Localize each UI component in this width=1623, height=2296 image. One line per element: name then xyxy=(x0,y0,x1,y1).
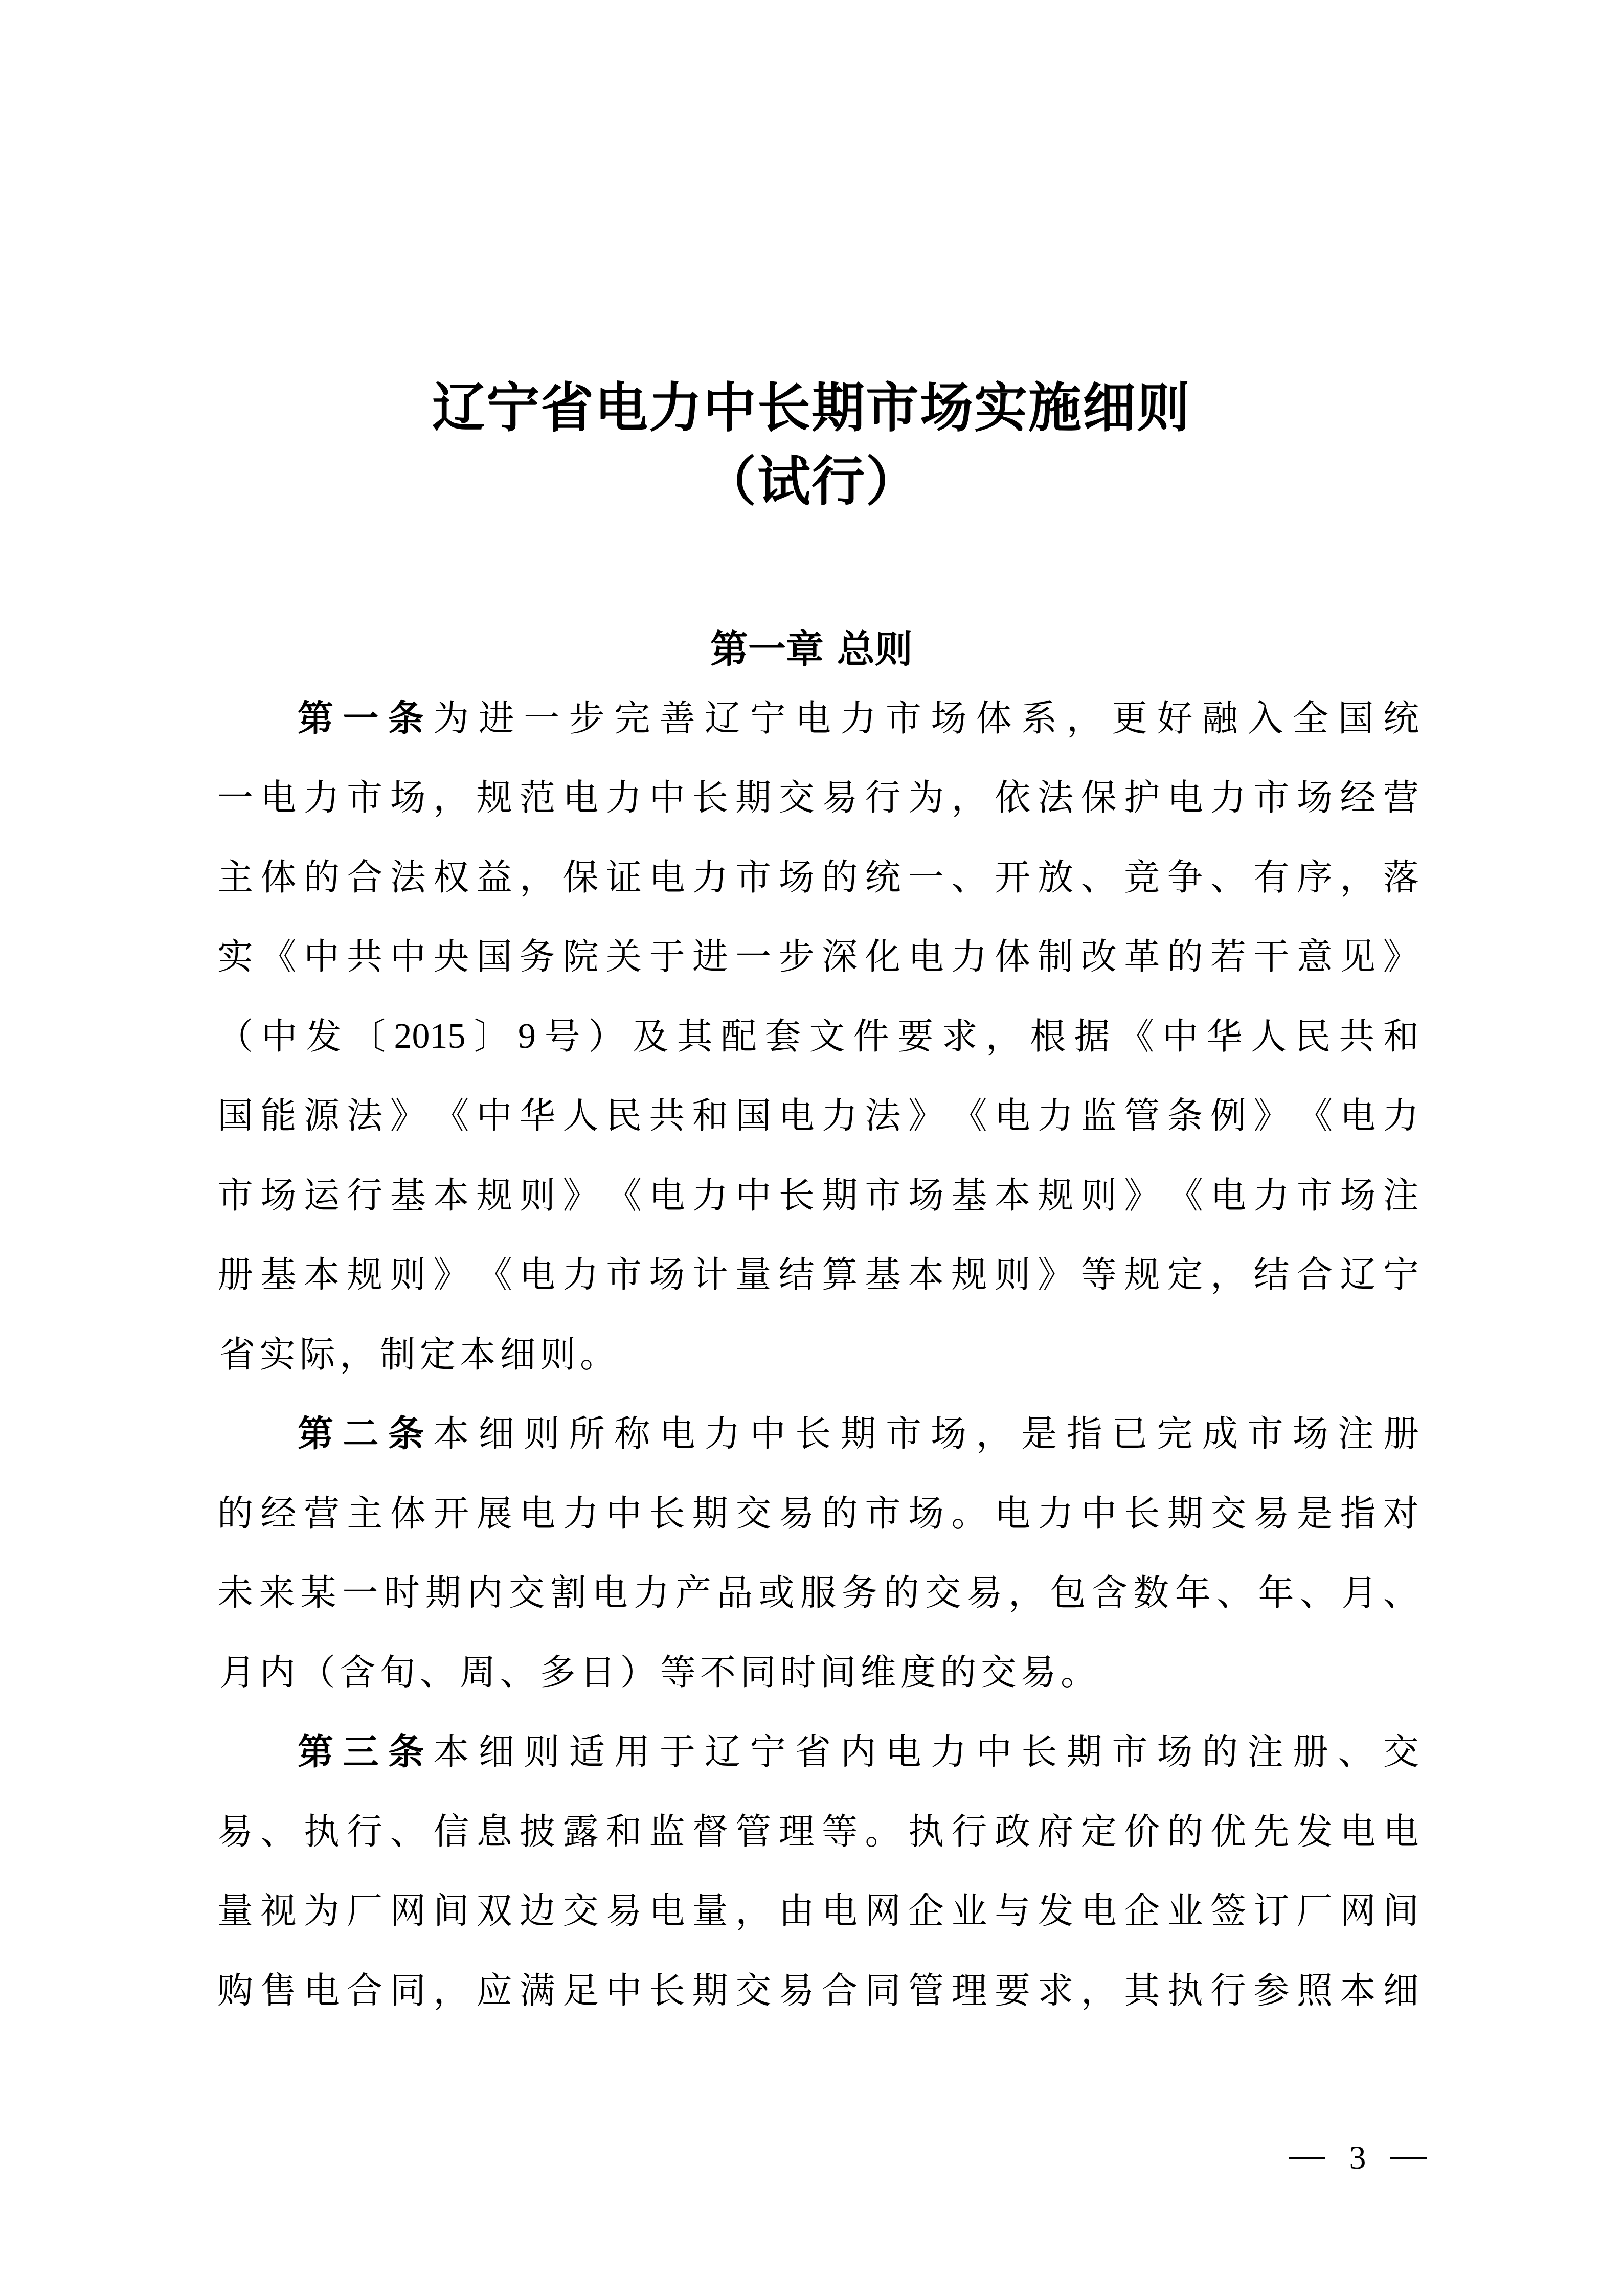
text-char: 力 xyxy=(1038,1485,1073,1542)
text-char: 交 xyxy=(1210,1485,1246,1542)
text-char: 依 xyxy=(995,770,1030,826)
text-char: 为 xyxy=(433,690,469,747)
text-char: 共 xyxy=(347,929,382,985)
article-label-char: 三 xyxy=(343,1724,378,1780)
text-char: 法 xyxy=(347,1088,382,1144)
text-char: 的 xyxy=(938,1645,978,1701)
text-char: 场 xyxy=(931,1406,966,1462)
text-char: 易 xyxy=(779,1963,815,2019)
text-char: 应 xyxy=(477,1963,512,2019)
text-char: 力 xyxy=(692,849,728,906)
text-char: 期 xyxy=(1067,1724,1102,1780)
text-char: 同 xyxy=(865,1963,901,2019)
text-char: 共 xyxy=(649,1088,685,1144)
text-char: 本 xyxy=(433,1167,469,1224)
text-char: 适 xyxy=(569,1724,605,1780)
text-char: 和 xyxy=(692,1088,728,1144)
text-char: ， xyxy=(433,770,469,826)
text-char: 宁 xyxy=(750,1724,786,1780)
text-char: 场 xyxy=(1297,770,1333,826)
text-char: 等 xyxy=(822,1804,858,1860)
text-char: 根 xyxy=(1030,1008,1066,1065)
article-label-char: 条 xyxy=(388,1406,424,1462)
document-subtitle: （试行） xyxy=(0,446,1623,517)
text-char: 交 xyxy=(735,1963,771,2019)
text-char: 际 xyxy=(298,1326,337,1383)
text-char: 共 xyxy=(1339,1008,1375,1065)
text-char: 》 xyxy=(563,1167,599,1224)
text-char: 权 xyxy=(433,849,469,906)
text-char: 务 xyxy=(520,929,555,985)
text-char: 的 xyxy=(304,849,340,906)
text-char: 电 xyxy=(1081,1883,1117,1939)
text-char: 称 xyxy=(614,1406,650,1462)
body-text-line: 一电力市场，规范电力中长期交易行为，依法保护电力市场经营一电力市场，规范电力中长… xyxy=(217,770,1419,826)
text-char: 和 xyxy=(606,1804,642,1860)
text-char: 市 xyxy=(217,1167,253,1224)
dash-left xyxy=(1289,2157,1325,2159)
text-char: 革 xyxy=(1124,929,1160,985)
text-char: 规 xyxy=(951,1247,987,1303)
text-char: 与 xyxy=(995,1883,1030,1939)
body-text-line: 未来某一时期内交割电力产品或服务的交易，包含数年、年、月、未来某一时期内交割电力… xyxy=(217,1565,1419,1621)
text-char: 发 xyxy=(306,1008,342,1065)
text-char: 间 xyxy=(818,1645,858,1701)
text-char: 市 xyxy=(1297,1167,1333,1224)
text-char: 中 xyxy=(976,1724,1012,1780)
page-number: 3 xyxy=(1289,2137,1427,2178)
text-char: 内 xyxy=(840,1724,876,1780)
text-char: 电 xyxy=(795,690,831,747)
text-char: 长 xyxy=(649,1963,685,2019)
text-char: 期 xyxy=(1167,1485,1203,1542)
text-char: 电 xyxy=(908,929,944,985)
text-char: 基 xyxy=(390,1167,426,1224)
text-char: ， xyxy=(951,770,987,826)
text-char: 则 xyxy=(538,1326,578,1383)
text-char: 内 xyxy=(467,1565,503,1621)
text-char: 企 xyxy=(908,1883,944,1939)
article-first-line: 第一条第一条 为进一步完善辽宁电力市场体系，更好融入全国统为进一步完善辽宁电力市… xyxy=(298,690,1419,747)
text-char: 《 xyxy=(433,1088,469,1144)
text-char: 算 xyxy=(822,1247,858,1303)
text-char: 视 xyxy=(260,1883,296,1939)
text-char: 期 xyxy=(692,1963,728,2019)
text-char: 务 xyxy=(842,1565,877,1621)
text-char: 的 xyxy=(822,849,858,906)
text-char: 电 xyxy=(260,770,296,826)
text-char: 开 xyxy=(995,849,1030,906)
text-char: 不 xyxy=(698,1645,738,1701)
text-char: 的 xyxy=(1167,1804,1203,1860)
text-char: 一 xyxy=(342,1565,378,1621)
text-char: 好 xyxy=(1157,690,1193,747)
text-char: ， xyxy=(1008,1565,1044,1621)
text-char: 则 xyxy=(390,1247,426,1303)
text-char: 央 xyxy=(433,929,469,985)
text-char: 对 xyxy=(1383,1485,1419,1542)
body-text-line: 省实际，制定本细则。省实际，制定本细则。 xyxy=(217,1326,1419,1383)
text-char: 指 xyxy=(1340,1485,1376,1542)
text-char: 行 xyxy=(347,1167,382,1224)
text-char: 省 xyxy=(217,1326,257,1383)
text-char: 9 xyxy=(518,1008,536,1065)
text-char: 力 xyxy=(840,690,876,747)
text-char: 市 xyxy=(886,1406,921,1462)
text-char: 则 xyxy=(1081,1167,1117,1224)
body-text-line: 实《中共中央国务院关于进一步深化电力体制改革的若干意见》实《中共中央国务院关于进… xyxy=(217,929,1419,985)
article-label-char: 第 xyxy=(298,690,333,747)
text-char: 人 xyxy=(563,1088,599,1144)
text-char: 力 xyxy=(634,1565,669,1621)
text-char: 国 xyxy=(217,1088,253,1144)
text-char: 本 xyxy=(433,1724,469,1780)
text-char: 中 xyxy=(304,929,340,985)
text-char: 易 xyxy=(967,1565,1003,1621)
text-char: 用 xyxy=(614,1724,650,1780)
text-char: 量 xyxy=(735,1247,771,1303)
text-char: 营 xyxy=(304,1485,340,1542)
text-char: 中 xyxy=(477,1088,512,1144)
text-char: 、 xyxy=(951,849,987,906)
text-char: 府 xyxy=(1038,1804,1073,1860)
text-char: 《 xyxy=(951,1088,987,1144)
text-char: 人 xyxy=(1251,1008,1287,1065)
text-char: 制 xyxy=(377,1326,417,1383)
text-char: 、 xyxy=(1338,1724,1373,1780)
text-char: 电 xyxy=(779,1088,815,1144)
text-char: 信 xyxy=(433,1804,469,1860)
text-char: 未 xyxy=(217,1565,253,1621)
article-label-char: 第 xyxy=(298,1724,333,1780)
text-char: 合 xyxy=(1297,1247,1333,1303)
text-char: 签 xyxy=(1210,1883,1246,1939)
text-char: 月 xyxy=(217,1645,257,1701)
text-char: 由 xyxy=(779,1883,815,1939)
text-char: 场 xyxy=(1293,1406,1328,1462)
text-char: 要 xyxy=(897,1008,933,1065)
text-char: 开 xyxy=(433,1485,469,1542)
text-char: （ xyxy=(217,1008,253,1065)
text-char: 交 xyxy=(779,770,815,826)
text-char: 易 xyxy=(1019,1645,1058,1701)
text-char: 内 xyxy=(257,1645,297,1701)
body-text-line: 国能源法》《中华人民共和国电力法》《电力监管条例》《电力国能源法》《中华人民共和… xyxy=(217,1088,1419,1144)
article-label-char: 条 xyxy=(388,690,424,747)
text-char: 本 xyxy=(458,1326,498,1383)
text-char: 合 xyxy=(347,1963,382,2019)
text-char: 产 xyxy=(675,1565,711,1621)
text-char: 力 xyxy=(1383,1088,1419,1144)
text-char: 发 xyxy=(1297,1804,1333,1860)
text-char: 力 xyxy=(563,1485,599,1542)
text-char: 统 xyxy=(1383,690,1419,747)
text-char: 易 xyxy=(822,770,858,826)
text-char: 管 xyxy=(1124,1088,1160,1144)
text-char: 、 xyxy=(1300,1565,1336,1621)
text-char: 进 xyxy=(692,929,728,985)
text-char: 电 xyxy=(649,1883,685,1939)
text-char: 场 xyxy=(649,1247,685,1303)
text-char: 》 xyxy=(390,1088,426,1144)
text-char: 电 xyxy=(304,1963,340,2019)
article-label-char: 条 xyxy=(388,1724,424,1780)
text-char: 间 xyxy=(1383,1883,1419,1939)
text-char: （ xyxy=(298,1645,337,1701)
text-char: 电 xyxy=(1210,1167,1246,1224)
text-char: 电 xyxy=(563,770,599,826)
text-char: 规 xyxy=(1124,1247,1160,1303)
text-char: 主 xyxy=(217,849,253,906)
text-char: 护 xyxy=(1124,770,1160,826)
text-char: 年 xyxy=(1175,1565,1211,1621)
text-char: 能 xyxy=(260,1088,296,1144)
text-char: 基 xyxy=(260,1247,296,1303)
text-char: 先 xyxy=(1254,1804,1290,1860)
text-char: 含 xyxy=(337,1645,377,1701)
text-char: ） xyxy=(618,1645,658,1701)
body-text-line: 购售电合同，应满足中长期交易合同管理要求，其执行参照本细购售电合同，应满足中长期… xyxy=(217,1963,1419,2019)
text-char: 辽 xyxy=(705,690,740,747)
text-char: 见 xyxy=(1340,929,1376,985)
text-char: 是 xyxy=(1297,1485,1333,1542)
body-text-line: 主体的合法权益，保证电力市场的统一、开放、竞争、有序，落主体的合法权益，保证电力… xyxy=(217,849,1419,906)
text-char: 改 xyxy=(1081,929,1117,985)
text-char: 行 xyxy=(1210,1963,1246,2019)
text-char: 注 xyxy=(1248,1724,1283,1780)
text-char: 含 xyxy=(1092,1565,1128,1621)
text-char: 经 xyxy=(1340,770,1376,826)
text-char: 量 xyxy=(692,1883,728,1939)
text-char: 执 xyxy=(908,1804,944,1860)
text-char: 文 xyxy=(809,1008,845,1065)
text-char: 系 xyxy=(1021,690,1057,747)
text-char: 宁 xyxy=(750,690,786,747)
text-char: 本 xyxy=(995,1167,1030,1224)
text-char: ， xyxy=(1081,1963,1117,2019)
text-char: 监 xyxy=(649,1804,685,1860)
text-char: 市 xyxy=(1112,1724,1147,1780)
body-text-line: 易、执行、信息披露和监督管理等。执行政府定价的优先发电电易、执行、信息披露和监督… xyxy=(217,1804,1419,1860)
text-char: 电 xyxy=(1383,1804,1419,1860)
text-char: 合 xyxy=(347,849,382,906)
text-char: 《 xyxy=(1297,1088,1333,1144)
text-char: 维 xyxy=(858,1645,898,1701)
text-char: 关 xyxy=(606,929,642,985)
text-char: 来 xyxy=(259,1565,295,1621)
text-char: 企 xyxy=(1124,1883,1160,1939)
text-char: 交 xyxy=(735,1485,771,1542)
text-char: 所 xyxy=(569,1406,605,1462)
text-char: 则 xyxy=(524,1724,559,1780)
text-char: 及 xyxy=(633,1008,668,1065)
text-char: 市 xyxy=(735,849,771,906)
text-char: 细 xyxy=(1383,1963,1419,2019)
text-char: 业 xyxy=(1167,1883,1203,1939)
text-char: 基 xyxy=(951,1167,987,1224)
text-char: 益 xyxy=(477,849,512,906)
text-char: 注 xyxy=(1383,1167,1419,1224)
text-char: 场 xyxy=(779,849,815,906)
text-char: 场 xyxy=(390,770,426,826)
dash-right xyxy=(1390,2157,1427,2159)
text-char: 电 xyxy=(660,1406,695,1462)
text-char: 同 xyxy=(738,1645,778,1701)
article-label-char: 二 xyxy=(343,1406,378,1462)
text-char: 证 xyxy=(606,849,642,906)
text-char: 交 xyxy=(925,1565,961,1621)
text-char: 市 xyxy=(865,1485,901,1542)
text-char: 市 xyxy=(1248,1406,1283,1462)
text-char: 深 xyxy=(822,929,858,985)
text-char: 规 xyxy=(347,1247,382,1303)
text-char: ， xyxy=(735,1883,771,1939)
text-char: 同 xyxy=(390,1963,426,2019)
text-char: 市 xyxy=(606,1247,642,1303)
text-char: 体 xyxy=(390,1485,426,1542)
text-char: 条 xyxy=(1167,1088,1203,1144)
text-char: 交 xyxy=(978,1645,1018,1701)
article-first-line: 第二条第二条 本细则所称电力中长期市场，是指已完成市场注册本细则所称电力中长期市… xyxy=(298,1406,1419,1462)
text-char: ， xyxy=(1210,1247,1246,1303)
text-char: 期 xyxy=(735,770,771,826)
text-char: 行 xyxy=(865,770,901,826)
text-char: 国 xyxy=(735,1088,771,1144)
text-char: 、 xyxy=(418,1645,458,1701)
text-char: 长 xyxy=(1021,1724,1057,1780)
text-char: 理 xyxy=(951,1963,987,2019)
text-char: 华 xyxy=(520,1088,555,1144)
text-char: 力 xyxy=(822,1088,858,1144)
text-char: 监 xyxy=(1081,1088,1117,1144)
text-char: ） xyxy=(589,1008,624,1065)
text-char: 制 xyxy=(1038,929,1073,985)
text-char: 执 xyxy=(1167,1963,1203,2019)
text-char: 网 xyxy=(1340,1883,1376,1939)
text-char: 中 xyxy=(606,1485,642,1542)
text-char: 多 xyxy=(538,1645,578,1701)
article-label-char: 一 xyxy=(343,690,378,747)
text-char: 满 xyxy=(520,1963,555,2019)
text-char: 《 xyxy=(1118,1008,1154,1065)
text-char: 步 xyxy=(569,690,605,747)
text-char: 边 xyxy=(520,1883,555,1939)
text-char: 规 xyxy=(477,770,512,826)
text-char: 、 xyxy=(1383,1565,1419,1621)
text-char: 细 xyxy=(498,1326,537,1383)
text-char: 场 xyxy=(1157,1724,1193,1780)
text-char: 册 xyxy=(217,1247,253,1303)
text-char: 》 xyxy=(908,1088,944,1144)
text-char: 。 xyxy=(865,1804,901,1860)
text-char: 力 xyxy=(1210,770,1246,826)
text-char: 国 xyxy=(477,929,512,985)
text-char: 照 xyxy=(1297,1963,1333,2019)
text-char: 息 xyxy=(477,1804,512,1860)
text-char: 等 xyxy=(1081,1247,1117,1303)
text-char: 力 xyxy=(1038,1088,1073,1144)
article-label-char: 第 xyxy=(298,1406,333,1462)
text-char: 《 xyxy=(606,1167,642,1224)
document-title: 辽宁省电力中长期市场实施细则 xyxy=(0,372,1623,444)
text-char: 宁 xyxy=(1383,1247,1419,1303)
text-char: 力 xyxy=(931,1724,966,1780)
text-char: 合 xyxy=(822,1963,858,2019)
text-char: 中 xyxy=(390,929,426,985)
text-char: 展 xyxy=(477,1485,512,1542)
text-char: 力 xyxy=(705,1406,740,1462)
text-char: 交 xyxy=(563,1883,599,1939)
text-char: 本 xyxy=(433,1406,469,1462)
text-char: 中 xyxy=(750,1406,786,1462)
text-char: 厂 xyxy=(1297,1883,1333,1939)
body-text-line: 月内（含旬、周、多日）等不同时间维度的交易。月内（含旬、周、多日）等不同时间维度… xyxy=(217,1645,1419,1701)
text-char: 全 xyxy=(1293,690,1328,747)
text-char: 则 xyxy=(995,1247,1030,1303)
text-char: 。 xyxy=(951,1485,987,1542)
text-char: 易 xyxy=(606,1883,642,1939)
text-char: 实 xyxy=(217,929,253,985)
text-char: 中 xyxy=(606,1963,642,2019)
text-char: 业 xyxy=(951,1883,987,1939)
text-char: 等 xyxy=(658,1645,698,1701)
text-char: 配 xyxy=(721,1008,757,1065)
text-char: 年 xyxy=(1258,1565,1294,1621)
text-char: 管 xyxy=(735,1804,771,1860)
text-char: 厂 xyxy=(347,1883,382,1939)
body-text-line: 市场运行基本规则》《电力中长期市场基本规则》《电力市场注市场运行基本规则》《电力… xyxy=(217,1167,1419,1224)
text-char: 力 xyxy=(563,1247,599,1303)
text-char: 市 xyxy=(347,770,382,826)
text-char: 细 xyxy=(479,1724,514,1780)
text-char: 的 xyxy=(1167,929,1203,985)
text-char: 》 xyxy=(1038,1247,1073,1303)
text-char: 发 xyxy=(1038,1883,1073,1939)
text-char: 易 xyxy=(217,1804,253,1860)
text-char: ， xyxy=(1340,849,1376,906)
text-char: 法 xyxy=(865,1088,901,1144)
text-char: 包 xyxy=(1050,1565,1086,1621)
text-char: 网 xyxy=(865,1883,901,1939)
text-char: 足 xyxy=(563,1963,599,2019)
text-char: 细 xyxy=(479,1406,514,1462)
text-char: 成 xyxy=(1202,1406,1238,1462)
text-char: 易 xyxy=(1254,1485,1290,1542)
text-char: 国 xyxy=(1338,690,1373,747)
text-char: 期 xyxy=(692,1485,728,1542)
text-char: 电 xyxy=(995,1485,1030,1542)
text-char: 指 xyxy=(1067,1406,1102,1462)
text-char: ， xyxy=(1067,690,1102,747)
text-char: 的 xyxy=(1202,1724,1238,1780)
text-char: 册 xyxy=(1383,1406,1419,1462)
text-char: 其 xyxy=(1124,1963,1160,2019)
text-char: 。 xyxy=(578,1326,618,1383)
text-char: 则 xyxy=(520,1167,555,1224)
text-char: 购 xyxy=(217,1963,253,2019)
text-char: 求 xyxy=(1038,1963,1073,2019)
text-char: 化 xyxy=(865,929,901,985)
text-char: 结 xyxy=(779,1247,815,1303)
document-page: 辽宁省电力中长期市场实施细则 （试行） 第一章 总则 第一条第一条 为进一步完善… xyxy=(0,0,1623,2296)
text-char: 套 xyxy=(765,1008,801,1065)
text-char: 保 xyxy=(563,849,599,906)
text-char: 中 xyxy=(261,1008,297,1065)
text-char: 行 xyxy=(951,1804,987,1860)
text-char: 一 xyxy=(735,929,771,985)
text-char: 2015 xyxy=(394,1008,465,1065)
text-char: 市 xyxy=(886,690,921,747)
